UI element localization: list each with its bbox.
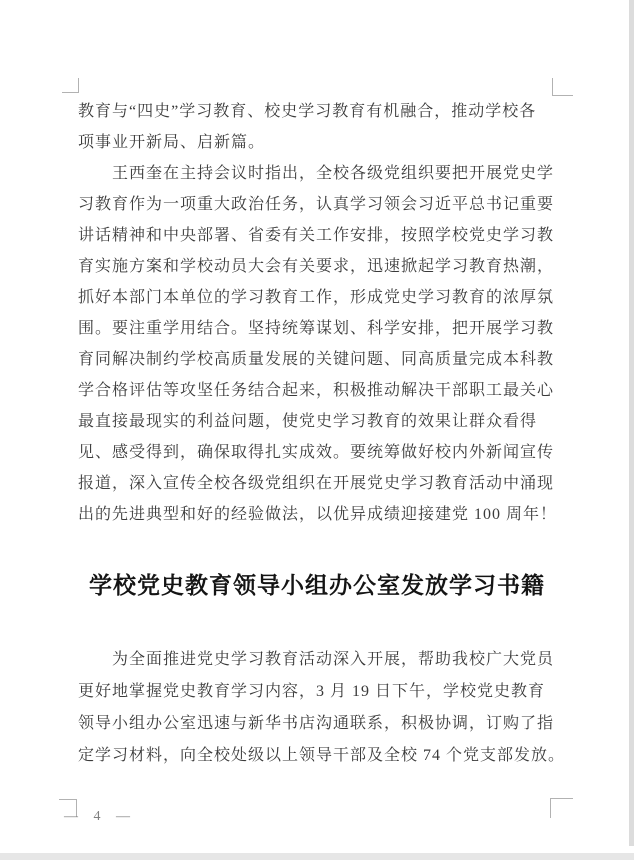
body-text-line: 抓好本部门本单位的学习教育工作，形成党史学习教育的浓厚氛 bbox=[78, 282, 556, 313]
body-text-line: 教育与“四史”学习教育、校史学习教育有机融合，推动学校各 bbox=[78, 96, 556, 127]
body-text-line: 王西奎在主持会议时指出，全校各级党组织要把开展党史学 bbox=[78, 158, 556, 189]
body-text-line: 领导小组办公室迅速与新华书店沟通联系，积极协调，订购了指 bbox=[78, 708, 556, 740]
body-text-line: 更好地掌握党史教育学习内容，3 月 19 日下午，学校党史教育 bbox=[78, 676, 556, 708]
article-heading: 学校党史教育领导小组办公室发放学习书籍 bbox=[78, 566, 556, 604]
crop-mark-top-left-icon bbox=[62, 78, 79, 93]
body-text-line: 学合格评估等攻坚任务结合起来，积极推动解决干部职工最关心 bbox=[78, 375, 556, 406]
body-text-line: 习教育作为一项重大政治任务，认真学习领会习近平总书记重要 bbox=[78, 189, 556, 220]
page-right-edge bbox=[629, 0, 634, 846]
body-text-line: 育同解决制约学校高质量发展的关键问题、同高质量完成本科教 bbox=[78, 344, 556, 375]
body-text-line: 最直接最现实的利益问题，使党史学习教育的效果让群众看得 bbox=[78, 406, 556, 437]
body-text-line: 报道，深入宣传全校各级党组织在开展党史学习教育活动中涌现 bbox=[78, 468, 556, 499]
body-text-line: 定学习材料，向全校处级以上领导干部及全校 74 个党支部发放。 bbox=[78, 740, 556, 772]
page-number: — 4 — bbox=[64, 809, 136, 825]
body-section-2: 为全面推进党史学习教育活动深入开展，帮助我校广大党员 更好地掌握党史教育学习内容… bbox=[78, 644, 556, 772]
crop-mark-top-right-icon bbox=[552, 78, 573, 96]
body-text-line: 讲话精神和中央部署、省委有关工作安排，按照学校党史学习教 bbox=[78, 220, 556, 251]
body-section-1: 教育与“四史”学习教育、校史学习教育有机融合，推动学校各 项事业开新局、启新篇。… bbox=[78, 96, 556, 530]
body-text-line: 项事业开新局、启新篇。 bbox=[78, 127, 556, 158]
body-text-line: 为全面推进党史学习教育活动深入开展，帮助我校广大党员 bbox=[78, 644, 556, 676]
body-text-line: 出的先进典型和好的经验做法，以优异成绩迎接建党 100 周年！ bbox=[78, 499, 556, 530]
body-text-line: 育实施方案和学校动员大会有关要求，迅速掀起学习教育热潮， bbox=[78, 251, 556, 282]
document-page: { "page": { "footer_page_number": "— 4 —… bbox=[0, 0, 634, 860]
body-text-line: 见、感受得到，确保取得扎实成效。要统筹做好校内外新闻宣传 bbox=[78, 437, 556, 468]
page-bottom-edge bbox=[0, 853, 634, 860]
body-text-line: 围。要注重学用结合。坚持统筹谋划、科学安排，把开展学习教 bbox=[78, 313, 556, 344]
crop-mark-bottom-right-icon bbox=[550, 798, 573, 818]
